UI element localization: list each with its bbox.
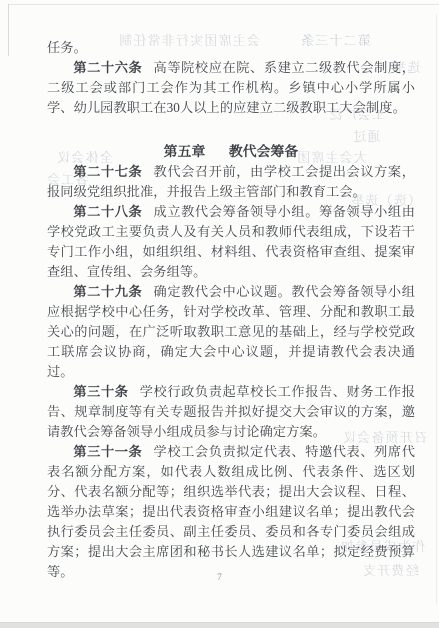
article-31-text: 学校工会负责拟定代表、特邀代表、列席代表名额分配方案，如代表人数组成比例、代表条… xyxy=(47,444,415,579)
scan-edge-right xyxy=(436,14,437,604)
continuation-paragraph: 任务。 xyxy=(47,38,415,58)
page-number: 7 xyxy=(0,573,439,583)
article-31-number: 第三十一条 xyxy=(73,444,142,459)
article-28-number: 第二十八条 xyxy=(73,204,142,219)
article-31-paragraph: 第三十一条学校工会负责拟定代表、特邀代表、列席代表名额分配方案，如代表人数组成比… xyxy=(47,442,415,582)
article-29-paragraph: 第二十九条确定教代会中心议题。教代会筹备领导小组应根据学校中心任务，针对学校改革… xyxy=(47,282,415,382)
article-29-number: 第二十九条 xyxy=(73,284,142,299)
article-27-paragraph: 第二十七条教代会召开前，由学校工会提出会议方案，报同级党组织批准，并报告上级主管… xyxy=(47,162,415,202)
scan-edge-top xyxy=(8,4,439,5)
scan-edge-bottom xyxy=(0,622,439,628)
chapter-number: 第五章 xyxy=(164,144,206,159)
article-28-paragraph: 第二十八条成立教代会筹备领导小组。筹备领导小组由学校党政工主要负责人及有关人员和… xyxy=(47,202,415,282)
article-26-number: 第二十六条 xyxy=(73,60,142,75)
chapter-heading: 第五章教代会筹备 xyxy=(47,142,415,162)
article-30-number: 第三十条 xyxy=(73,384,128,399)
scan-edge-left xyxy=(8,4,9,56)
article-30-paragraph: 第三十条学校行政负责起草校长工作报告、财务工作报告、规章制度等有关专题报告并拟好… xyxy=(47,382,415,442)
article-26-paragraph: 第二十六条高等院校应在院、系建立二级教代会制度，二级工会或部门工会作为其工作机构… xyxy=(47,58,415,118)
document-body: 任务。 第二十六条高等院校应在院、系建立二级教代会制度，二级工会或部门工会作为其… xyxy=(47,38,415,582)
chapter-title: 教代会筹备 xyxy=(229,144,298,159)
article-27-number: 第二十七条 xyxy=(73,164,142,179)
continuation-text: 任务。 xyxy=(47,40,87,55)
scanned-document-page: 会主席团实行非常任制 第二十三条 选举 工会广泛 通过 全体会议 大会主席团 各… xyxy=(0,0,439,628)
